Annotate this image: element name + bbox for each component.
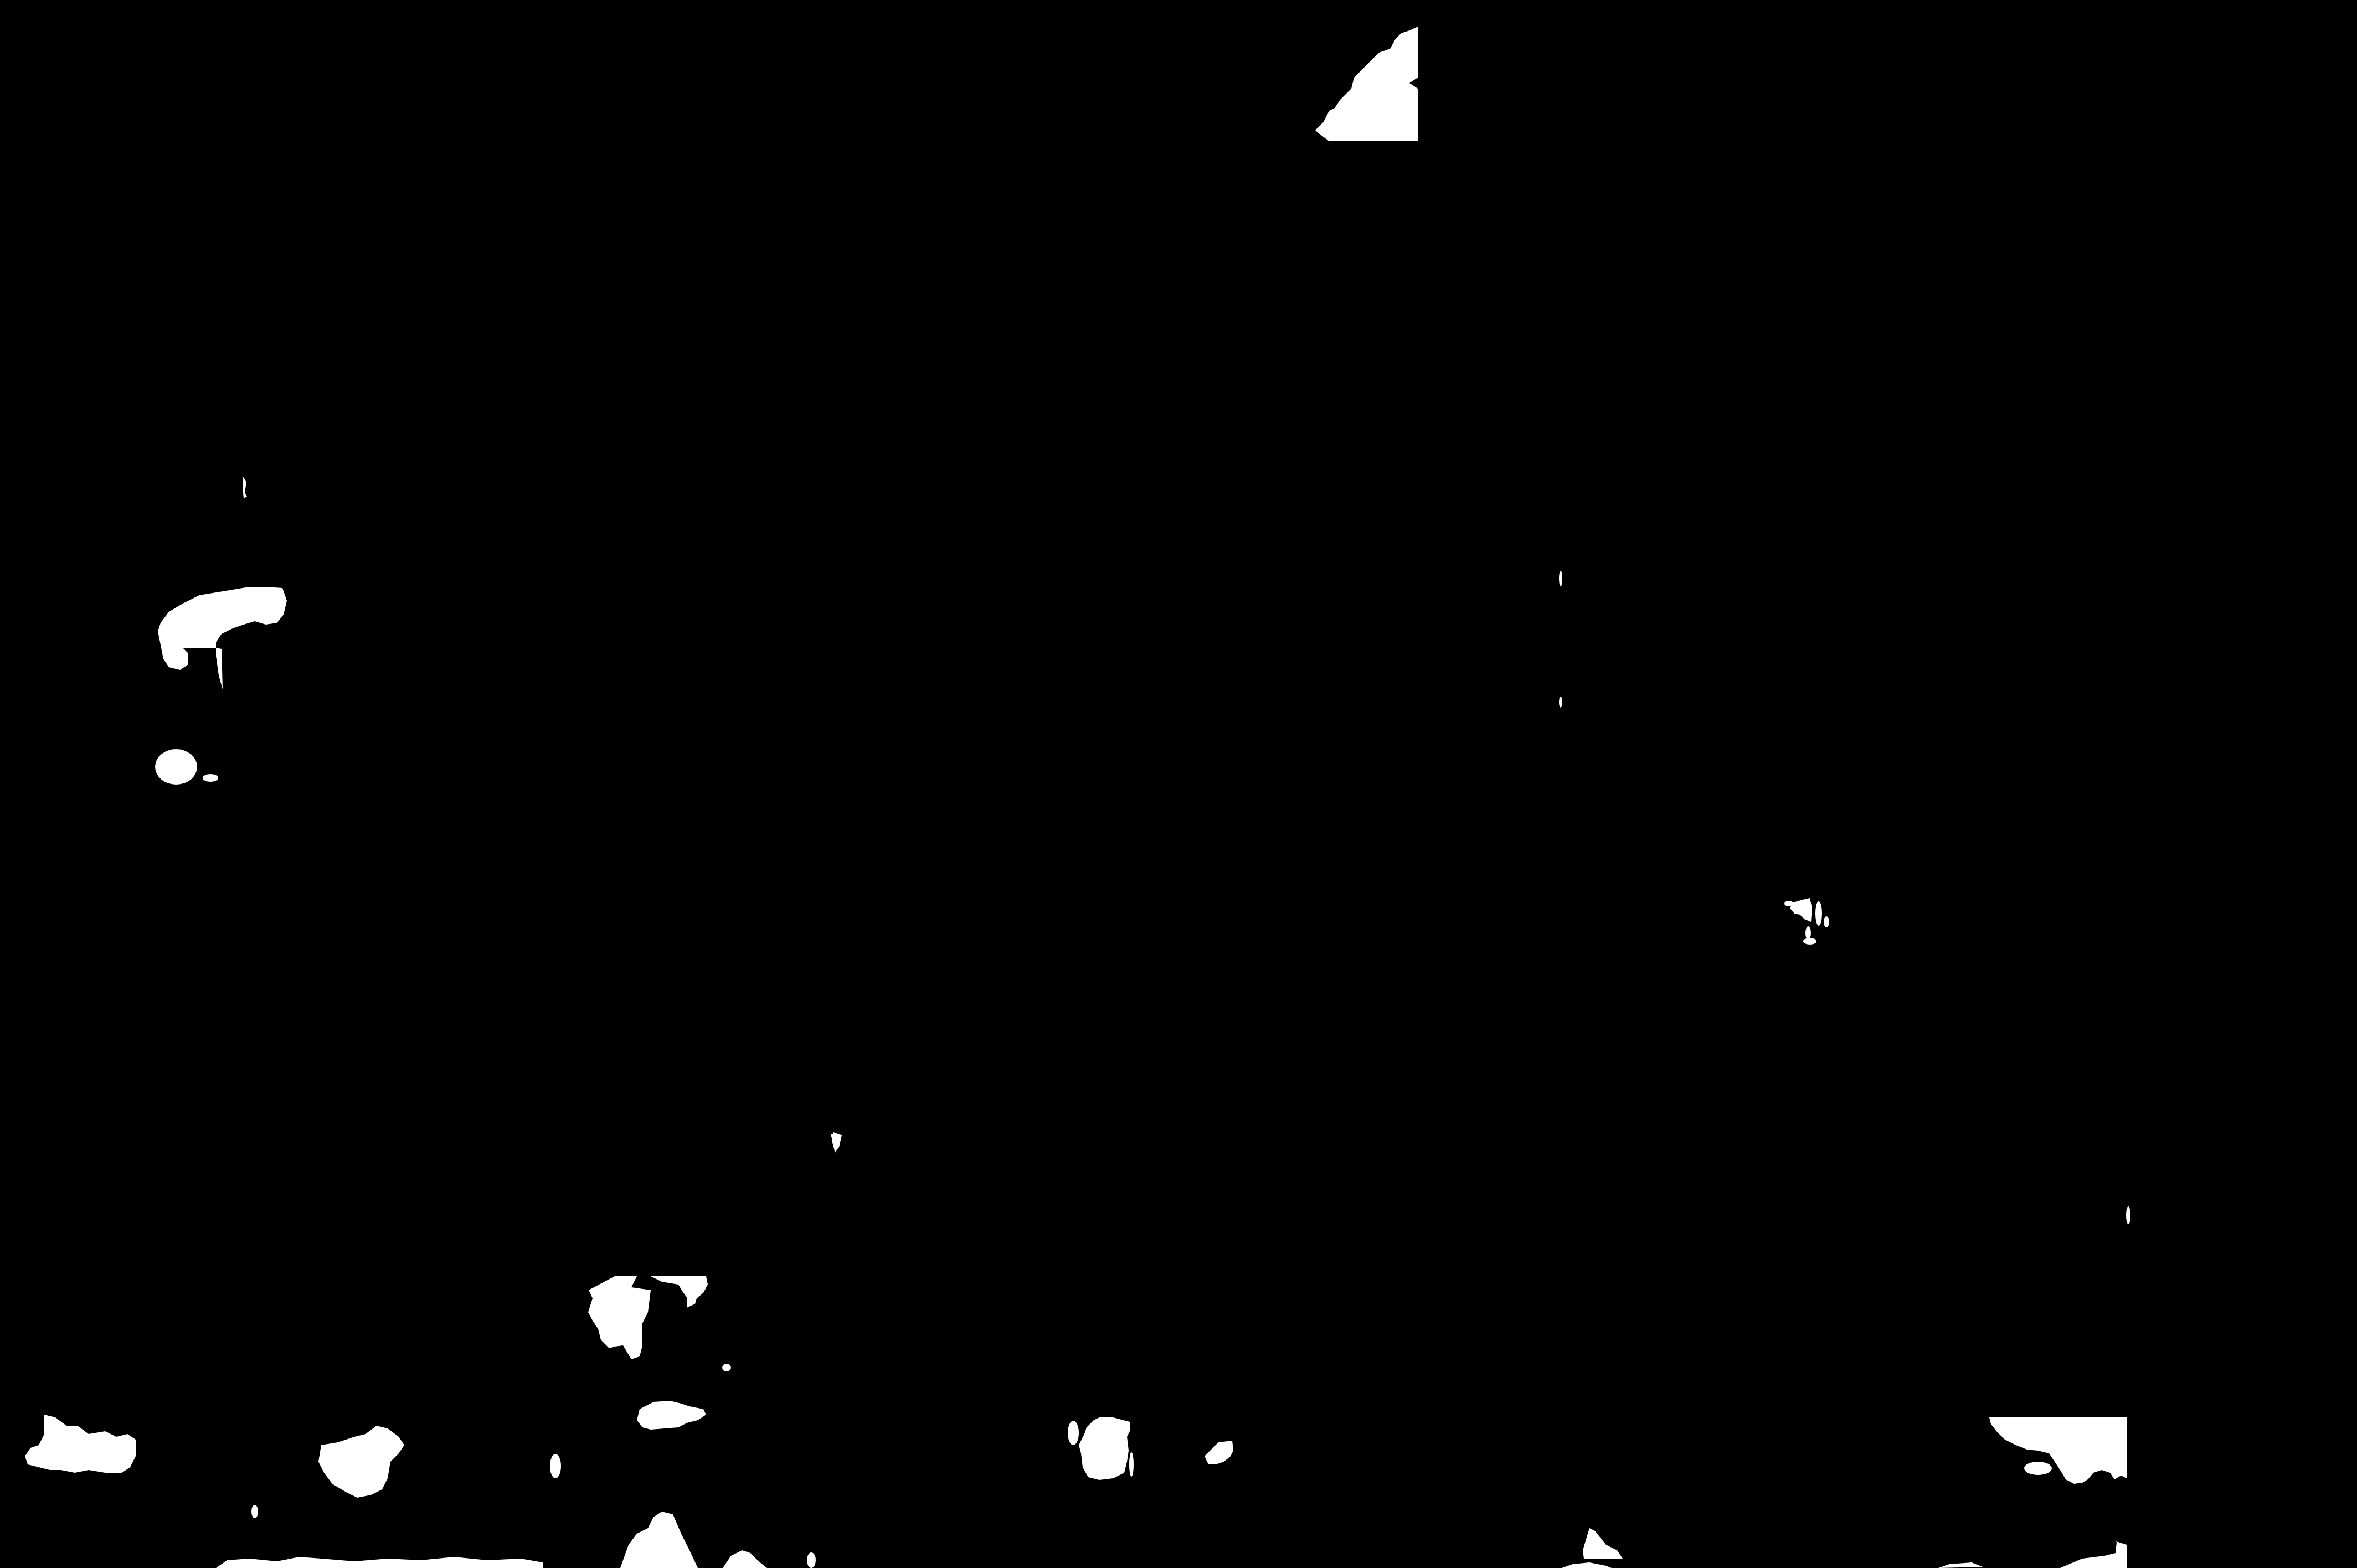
mask-region	[722, 1364, 731, 1371]
mask-region	[1784, 901, 1793, 906]
mask-region	[1824, 916, 1829, 927]
mask-region	[203, 774, 218, 782]
mask-region	[251, 1505, 258, 1518]
mask-background	[0, 0, 2357, 1568]
mask-region	[1815, 901, 1822, 926]
mask-region	[1129, 1452, 1134, 1477]
mask-region	[1559, 571, 1562, 586]
mask-region	[807, 1552, 816, 1568]
mask-region	[550, 1454, 561, 1478]
mask-region	[2126, 1206, 2130, 1224]
mask-region	[2024, 1462, 2052, 1475]
mask-region	[1805, 926, 1811, 940]
segmentation-mask	[0, 0, 2357, 1568]
mask-region	[1559, 697, 1562, 708]
mask-region	[1068, 1421, 1079, 1445]
mask-region	[155, 749, 197, 785]
mask-region	[1803, 938, 1816, 945]
